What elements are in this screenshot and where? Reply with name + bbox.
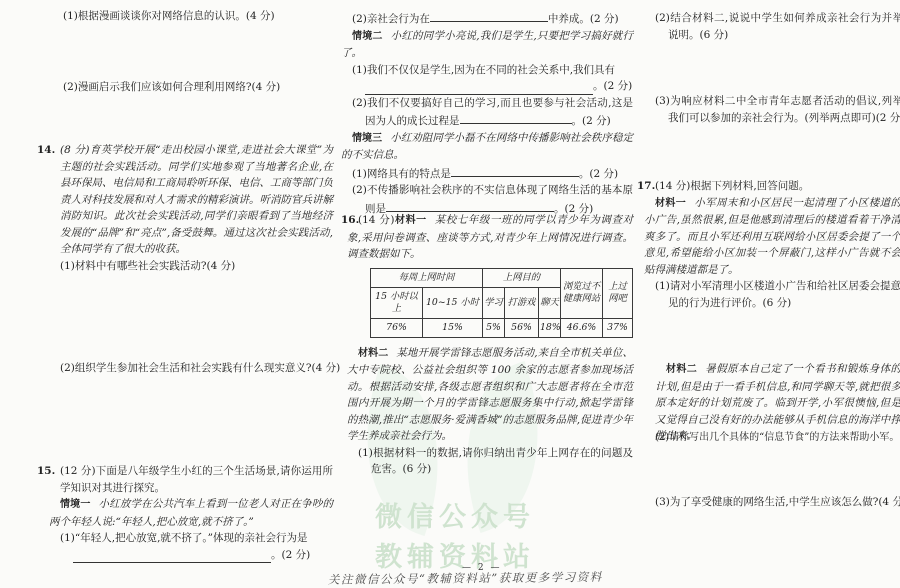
question-15-number: 15.	[37, 463, 60, 480]
scenario-3-label: 情境三	[352, 133, 382, 144]
table-cell: 37%	[603, 318, 633, 337]
question-16-part3: (3)为响应材料二中全市青年志愿者活动的倡议,列举出我们可以参加的亲社会行为。(…	[655, 93, 900, 126]
table-cell: 18%	[539, 318, 561, 337]
scenario-1: 情境一小红放学在公共汽车上看到一位老人对正在争吵的两个年轻人说:“年轻人,把心放…	[49, 496, 333, 530]
question-14: 14. (8 分)育英学校开展“走出校园小课堂,走进社会大课堂”为主题的社会实践…	[37, 142, 333, 274]
material-1-label: 材料一	[395, 215, 427, 226]
scenario-2-q1-pre: (1)我们不仅仅是学生,因为在不同的社会关系中,我们具有	[352, 64, 615, 76]
table-header-row-1: 每周上网时间 上网目的 浏览过不健康网站 上过网吧	[371, 268, 633, 287]
column-middle: (2)亲社会行为在中养成。(2 分) 情境二小红的同学小亮说,我们是学生,只要把…	[341, 0, 633, 588]
material-2-label: 材料二	[358, 348, 388, 359]
table-cell: 76%	[371, 318, 423, 337]
question-15-intro: (12 分)下面是八年级学生小红的三个生活场景,请你运用所学知识对其进行探究。	[60, 463, 333, 496]
question-15-part1-answer-line: 。(2 分)	[73, 547, 333, 564]
scenario-3-text: 小红劝阻同学小磊不在网络中传播影响社会秩序稳定的不实信息。	[341, 132, 633, 162]
question-15-part1-text: (1)“年轻人,把心放宽,就不挤了。”体现的亲社会行为是	[60, 532, 308, 544]
question-17-number: 17.	[637, 178, 655, 195]
question-17-part1: (1)请对小军清理小区楼道小广告和给社区居委会提意见的行为进行评价。(6 分)	[655, 278, 900, 311]
table-header-time: 每周上网时间	[371, 268, 483, 287]
scenario-2-q1-post: 。(2 分)	[593, 78, 632, 95]
answer-blank	[430, 9, 548, 22]
question-17-part2: (2)请你写出几个具体的“信息节食”的方法来帮助小军。(4 分)	[655, 430, 900, 447]
scenario-1-text: 小红放学在公共汽车上看到一位老人对正在争吵的两个年轻人说:“年轻人,把心放宽,就…	[49, 498, 333, 528]
question-16-score: (14 分)	[358, 214, 395, 226]
scenario-2-q2: (2)我们不仅要搞好自己的学习,而且也要参与社会活动,这是因为人的成长过程是。(…	[352, 95, 633, 130]
question-14-intro: (8 分)育英学校开展“走出校园小课堂,走进社会大课堂”为主题的社会实践活动。同…	[60, 142, 333, 258]
material-2-text: 某地开展学雷锋志愿服务活动,来自全市机关单位、大中专院校、公益社会组织等 100…	[347, 347, 633, 443]
table-subheader: 打游戏	[505, 287, 539, 318]
scenario-2-label: 情境二	[352, 31, 383, 42]
question-14-part2: (2)组织学生参加社会生活和社会实践有什么现实意义?(4 分)	[60, 360, 340, 377]
question-14-part1: (1)材料中有哪些社会实践活动?(4 分)	[60, 258, 333, 275]
scenario-3: 情境三小红劝阻同学小磊不在网络中传播影响社会秩序稳定的不实信息。	[341, 130, 633, 164]
footer-handwritten-note: 关注微信公众号“教辅资料站”获取更多学习资料	[328, 568, 648, 588]
table-subheader: 学习	[483, 287, 505, 318]
material-1-label: 材料一	[655, 198, 686, 209]
table-subheader: 聊天	[539, 287, 561, 318]
question-16-material-2: 材料二某地开展学雷锋志愿服务活动,来自全市机关单位、大中专院校、公益社会组织等 …	[347, 345, 633, 445]
scenario-2-q1-answer-line: 。(2 分)	[365, 78, 633, 95]
question-17-part3: (3)为了享受健康的网络生活,中学生应该怎么做?(4 分)	[655, 494, 900, 511]
table-value-row: 76% 15% 5% 56% 18% 46.6% 37%	[371, 318, 633, 337]
answer-blank	[451, 164, 579, 177]
exam-paper-page: 微信公众号 教辅资料站 (1)根据漫画谈谈你对网络信息的认识。(4 分) (2)…	[0, 0, 900, 588]
answer-blank	[73, 550, 271, 563]
survey-table: 每周上网时间 上网目的 浏览过不健康网站 上过网吧 15 小时以上 10~15 …	[370, 268, 633, 338]
table-cell: 56%	[505, 318, 539, 337]
question-15-part1: (1)“年轻人,把心放宽,就不挤了。”体现的亲社会行为是	[60, 530, 333, 547]
question-13-part2: (2)漫画启示我们应该如何合理利用网络?(4 分)	[63, 79, 325, 96]
scenario-2-q2-post: 。(2 分)	[572, 115, 611, 127]
material-2-label: 材料二	[666, 364, 697, 375]
scenario-2-q1: (1)我们不仅仅是学生,因为在不同的社会关系中,我们具有	[352, 62, 633, 79]
table-cell: 5%	[483, 318, 505, 337]
question-16-part1: (1)根据材料一的数据,请你归纳出青少年上网存在的问题及危害。(6 分)	[358, 445, 633, 478]
question-13-part1: (1)根据漫画谈谈你对网络信息的认识。(4 分)	[63, 8, 325, 25]
question-15-part2-post: 中养成。(2 分)	[548, 13, 619, 25]
question-16-material-1: (14 分)材料一某校七年级一班的同学以青少年为调查对象,采用问卷调查、座谈等方…	[347, 212, 633, 263]
question-17-intro: (14 分)根据下列材料,回答问题。	[655, 178, 900, 195]
scenario-2: 情境二小红的同学小亮说,我们是学生,只要把学习搞好就行了。	[341, 28, 633, 62]
scenario-3-q1-post: 。(2 分)	[579, 168, 618, 180]
question-14-number: 14.	[37, 142, 60, 159]
table-cell: 46.6%	[561, 318, 603, 337]
table-header-cafe: 上过网吧	[603, 268, 633, 318]
question-15-part2: (2)亲社会行为在中养成。(2 分)	[352, 9, 633, 28]
scenario-3-q1-pre: (1)网络具有的特点是	[352, 168, 451, 180]
answer-blank	[460, 111, 572, 124]
table-header-purpose: 上网目的	[483, 268, 561, 287]
question-15-part1-score: 。(2 分)	[271, 547, 310, 564]
scenario-1-label: 情境一	[60, 499, 91, 510]
answer-blank	[386, 199, 554, 212]
table-header-unhealthy: 浏览过不健康网站	[561, 268, 603, 318]
question-16: 16. (14 分)材料一某校七年级一班的同学以青少年为调查对象,采用问卷调查、…	[341, 212, 633, 478]
answer-blank	[365, 82, 593, 95]
question-15: 15. (12 分)下面是八年级学生小红的三个生活场景,请你运用所学知识对其进行…	[37, 463, 333, 563]
scenario-2-text: 小红的同学小亮说,我们是学生,只要把学习搞好就行了。	[341, 30, 633, 60]
question-15-part2-pre: (2)亲社会行为在	[352, 13, 430, 25]
question-16-part2: (2)结合材料二,说说中学生如何养成亲社会行为并举例说明。(6 分)	[655, 10, 900, 43]
table-cell: 15%	[423, 318, 483, 337]
column-right: (2)结合材料二,说说中学生如何养成亲社会行为并举例说明。(6 分) (3)为响…	[637, 0, 900, 588]
question-17-material-1: 材料一小军周末和小区居民一起清理了小区楼道的小广告,虽然很累,但是他感到清理后的…	[644, 195, 900, 279]
table-subheader: 15 小时以上	[371, 287, 423, 318]
question-17: 17. (14 分)根据下列材料,回答问题。 材料一小军周末和小区居民一起清理了…	[637, 178, 900, 311]
table-subheader: 10~15 小时	[423, 287, 483, 318]
column-left: (1)根据漫画谈谈你对网络信息的认识。(4 分) (2)漫画启示我们应该如何合理…	[37, 0, 333, 588]
scenario-block: (2)亲社会行为在中养成。(2 分) 情境二小红的同学小亮说,我们是学生,只要把…	[352, 9, 633, 217]
scenario-3-q1: (1)网络具有的特点是。(2 分)	[352, 164, 633, 183]
